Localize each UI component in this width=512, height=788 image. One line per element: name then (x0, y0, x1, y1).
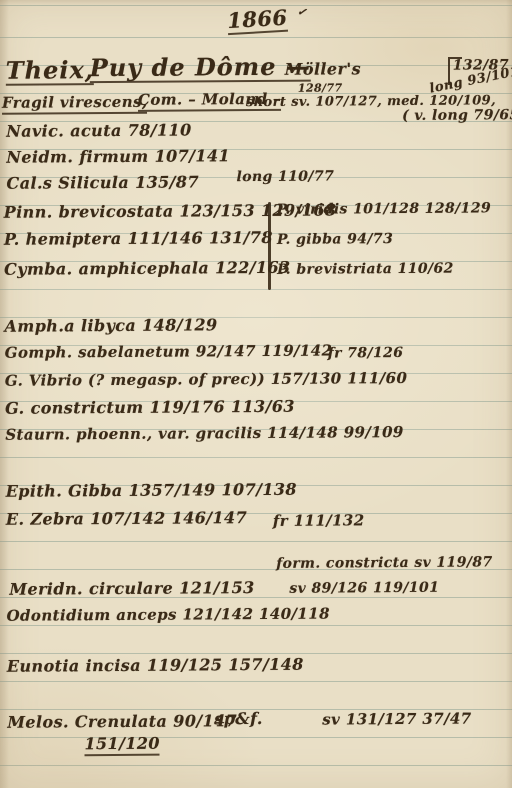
entry-form-constricta: form. constricta sv 119/87 (276, 555, 493, 571)
entry-p-viridis: P. viridis 101/128 128/129 (277, 201, 491, 217)
entry-e-zebra: E. Zebra 107/142 146/147 (6, 510, 247, 528)
title-region: Puy de Dôme — (90, 54, 311, 84)
entry-epithemia-gibba: Epith. Gibba 1357/149 107/138 (6, 482, 297, 501)
entry-p-gibba: P. gibba 94/73 (277, 232, 393, 247)
value-fr-78-126: fr 78/126 (328, 346, 404, 361)
entry-stauroneis-phoenicenteron: Staurn. phoenn., var. gracilis 114/148 9… (5, 425, 404, 444)
entry-caloneis-silicula: Cal.s Silicula 135/87 (6, 174, 199, 192)
date: 1866 (227, 7, 288, 36)
entry-meridion-circulare: Meridn. circulare 121/153 (9, 580, 254, 599)
value-128-77: 128/77 (298, 82, 343, 94)
entry-g-constrictum: G. constrictum 119/176 113/63 (5, 399, 295, 418)
entry-p-hemiptera: P. hemiptera 111/146 131/78 (4, 230, 273, 249)
entry-fragilaria-virescens: Fragil virescens, (2, 95, 148, 115)
entry-gomphonema-sabelanetum: Gomph. sabelanetum 92/147 119/142 (5, 343, 333, 361)
entry-cymbella-amphicephala: Cymba. amphicephala 122/163 (4, 260, 291, 279)
value-151-120: 151/120 (84, 736, 160, 756)
entry-eunotia-incisa: Eunotia incisa 119/125 157/148 (7, 657, 304, 676)
title-location: Theix, (6, 57, 95, 86)
entry-navicula-acuta: Navic. acuta 78/110 (6, 122, 192, 140)
entry-g-vibrio: G. Vibrio (? megasp. of prec)) 157/130 1… (5, 371, 407, 390)
value-v-long-79-65: ( v. long 79/65 (402, 108, 512, 124)
date-check-mark: ✓ (296, 6, 307, 19)
notebook-page: 1866✓Theix,Puy de Dôme —Möller's132/87Fr… (0, 0, 512, 788)
entry-sp-f: sp&f. (214, 711, 263, 728)
top-right-bracket-mark (448, 57, 462, 85)
value-sv-131-127: sv 131/127 37/47 (322, 712, 471, 729)
entry-odontidium-anceps: Odontidium anceps 121/142 140/118 (6, 606, 329, 624)
handwriting-layer: 1866✓Theix,Puy de Dôme —Möller's132/87Fr… (0, 0, 512, 788)
entry-amphora-libyca: Amph.a libyca 148/129 (4, 317, 217, 335)
value-sv-89-126: sv 89/126 119/101 (289, 581, 439, 597)
column-divider-stroke (268, 202, 271, 290)
value-fr-111-132: fr 111/132 (273, 513, 365, 529)
label-mollers: Möller's (285, 61, 361, 78)
value-caloneis-long: long 110/77 (236, 169, 334, 184)
entry-neidium-firmum: Neidm. firmum 107/141 (6, 148, 230, 166)
entry-p-brevistriata: P. brevistriata 110/62 (277, 262, 454, 278)
entry-melosira-crenulata: Melos. Crenulata 90/147 (7, 713, 237, 731)
